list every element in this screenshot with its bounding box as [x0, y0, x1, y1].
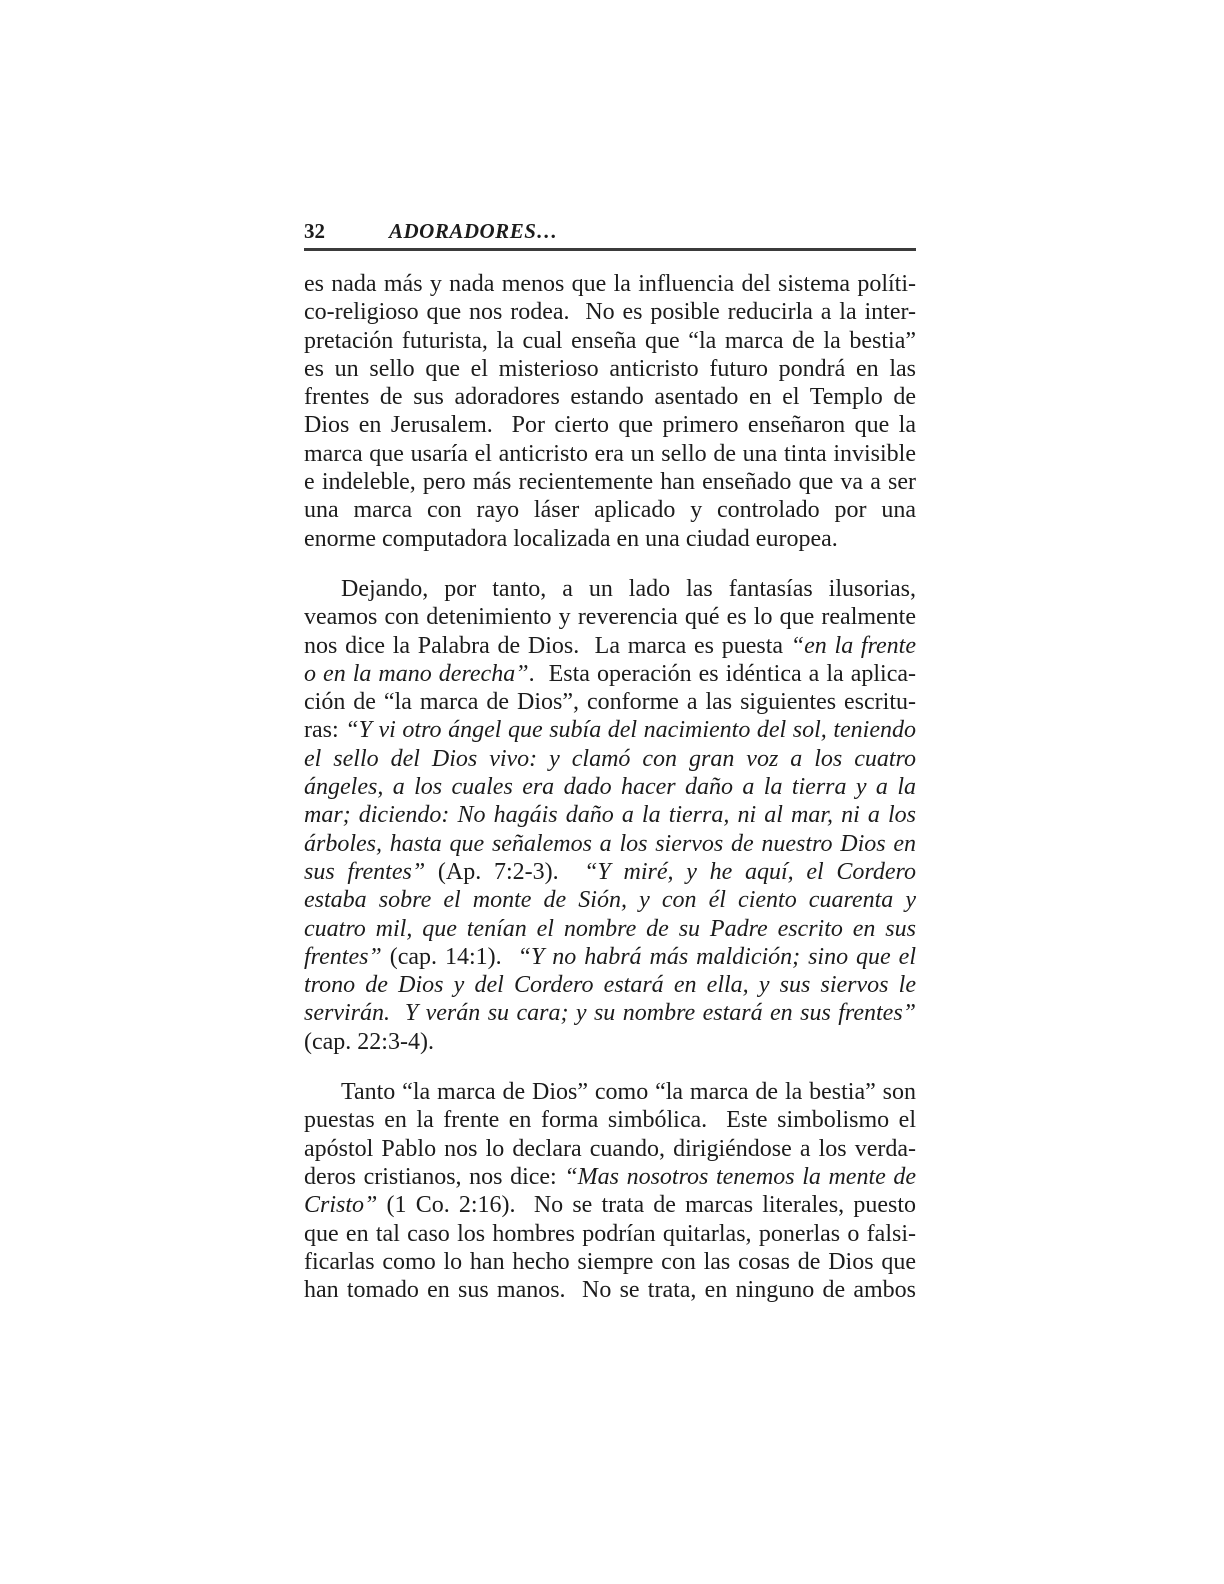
scripture-quote-text: “Mas nosotros tenemos la mente de — [564, 1164, 916, 1190]
text-line: deros cristianos, nos dice: “Mas nosotro… — [304, 1163, 916, 1191]
text-line: e indeleble, pero más recientemente han … — [304, 468, 916, 496]
text-line: o en la mano derecha”. Esta operación es… — [304, 660, 916, 688]
body-text: que en tal caso los hombres podrían quit… — [304, 1221, 916, 1247]
body-text: ficarlas como lo han hecho siempre con l… — [304, 1249, 916, 1275]
scripture-quote-text: frentes” — [304, 944, 382, 970]
body-text: (cap. 14:1). — [382, 944, 518, 970]
body-text: veamos con detenimiento y reverencia qué… — [304, 604, 916, 630]
text-line: puestas en la frente en forma simbólica.… — [304, 1106, 916, 1134]
body-text: es un sello que el misterioso anticristo… — [304, 356, 916, 382]
scripture-quote-text: “Y vi otro ángel que subía del nacimient… — [345, 717, 916, 743]
scripture-quote-text: estaba sobre el monte de Sión, y con él … — [304, 887, 916, 913]
paragraph: Tanto “la marca de Dios” como “la marca … — [304, 1078, 916, 1304]
text-line: pretación futurista, la cual enseña que … — [304, 327, 916, 355]
body-text: ras: — [304, 717, 345, 743]
running-title: ADORADORES… — [389, 218, 558, 244]
scripture-quote-text: árboles, hasta que señalemos a los sierv… — [304, 831, 916, 857]
body-text: Dejando, por tanto, a un lado las fantas… — [341, 576, 916, 602]
paragraph: es nada más y nada menos que la influenc… — [304, 270, 916, 553]
scripture-quote-text: el sello del Dios vivo: y clamó con gran… — [304, 746, 916, 772]
text-line: el sello del Dios vivo: y clamó con gran… — [304, 745, 916, 773]
paragraph: Dejando, por tanto, a un lado las fantas… — [304, 575, 916, 1056]
body-text: frentes de sus adoradores estando asenta… — [304, 384, 916, 410]
text-line: ficarlas como lo han hecho siempre con l… — [304, 1248, 916, 1276]
body-text: e indeleble, pero más recientemente han … — [304, 469, 916, 495]
text-line: enorme computadora localizada en una ciu… — [304, 525, 916, 553]
scripture-quote-text: mar; diciendo: No hagáis daño a la tierr… — [304, 802, 916, 828]
body-text: nos dice la Palabra de Dios. La marca es… — [304, 633, 791, 659]
running-header: 32 ADORADORES… — [304, 218, 916, 244]
text-line: (cap. 22:3-4). — [304, 1028, 916, 1056]
scripture-quote-text: Cristo” — [304, 1192, 377, 1218]
scripture-quote-text: cuatro mil, que tenían el nombre de su P… — [304, 916, 916, 942]
body-text: una marca con rayo láser aplicado y cont… — [304, 497, 916, 523]
text-line: árboles, hasta que señalemos a los sierv… — [304, 830, 916, 858]
scripture-quote-text: “Y miré, y he aquí, el Cordero — [584, 859, 916, 885]
text-line: frentes” (cap. 14:1). “Y no habrá más ma… — [304, 943, 916, 971]
text-line: mar; diciendo: No hagáis daño a la tierr… — [304, 801, 916, 829]
body-text: co-religioso que nos rodea. No es posibl… — [304, 299, 916, 325]
text-line: Cristo” (1 Co. 2:16). No se trata de mar… — [304, 1191, 916, 1219]
text-line: ción de “la marca de Dios”, conforme a l… — [304, 688, 916, 716]
scripture-quote-text: “Y no habrá más maldición; sino que el — [518, 944, 916, 970]
text-line: ras: “Y vi otro ángel que subía del naci… — [304, 716, 916, 744]
text-block: es nada más y nada menos que la influenc… — [304, 270, 916, 1304]
text-line: frentes de sus adoradores estando asenta… — [304, 383, 916, 411]
body-text: Tanto “la marca de Dios” como “la marca … — [341, 1079, 916, 1105]
page-content: 32 ADORADORES… es nada más y nada menos … — [304, 218, 916, 1304]
text-line: Dejando, por tanto, a un lado las fantas… — [304, 575, 916, 603]
body-text: marca que usaría el anticristo era un se… — [304, 441, 916, 467]
text-line: servirán. Y verán su cara; y su nombre e… — [304, 999, 916, 1027]
body-text: (Ap. 7:2-3). — [425, 859, 584, 885]
text-line: ángeles, a los cuales era dado hacer dañ… — [304, 773, 916, 801]
text-line: veamos con detenimiento y reverencia qué… — [304, 603, 916, 631]
text-line: nos dice la Palabra de Dios. La marca es… — [304, 632, 916, 660]
body-text: ción de “la marca de Dios”, conforme a l… — [304, 689, 916, 715]
body-text: (cap. 22:3-4). — [304, 1029, 434, 1055]
scripture-quote-text: sus frentes” — [304, 859, 425, 885]
text-line: es nada más y nada menos que la influenc… — [304, 270, 916, 298]
text-line: sus frentes” (Ap. 7:2-3). “Y miré, y he … — [304, 858, 916, 886]
header-rule — [304, 248, 916, 251]
body-text: puestas en la frente en forma simbólica.… — [304, 1107, 916, 1133]
body-text: apóstol Pablo nos lo declara cuando, dir… — [304, 1136, 916, 1162]
body-text: Dios en Jerusalem. Por cierto que primer… — [304, 412, 916, 438]
scripture-quote-text: trono de Dios y del Cordero estará en el… — [304, 972, 916, 998]
body-text: es nada más y nada menos que la influenc… — [304, 271, 916, 297]
text-line: una marca con rayo láser aplicado y cont… — [304, 496, 916, 524]
scripture-quote-text: ángeles, a los cuales era dado hacer dañ… — [304, 774, 916, 800]
text-line: apóstol Pablo nos lo declara cuando, dir… — [304, 1135, 916, 1163]
text-line: Dios en Jerusalem. Por cierto que primer… — [304, 411, 916, 439]
text-line: estaba sobre el monte de Sión, y con él … — [304, 886, 916, 914]
text-line: co-religioso que nos rodea. No es posibl… — [304, 298, 916, 326]
body-text: . Esta operación es idéntica a la aplica… — [529, 661, 916, 687]
body-text: enorme computadora localizada en una ciu… — [304, 526, 838, 552]
scripture-quote-text: servirán. Y verán su cara; y su nombre e… — [304, 1000, 916, 1026]
text-line: Tanto “la marca de Dios” como “la marca … — [304, 1078, 916, 1106]
body-text: pretación futurista, la cual enseña que … — [304, 328, 916, 354]
text-line: es un sello que el misterioso anticristo… — [304, 355, 916, 383]
body-text: deros cristianos, nos dice: — [304, 1164, 564, 1190]
scripture-quote-text: “en la frente — [791, 633, 916, 659]
text-line: han tomado en sus manos. No se trata, en… — [304, 1276, 916, 1304]
text-line: marca que usaría el anticristo era un se… — [304, 440, 916, 468]
text-line: trono de Dios y del Cordero estará en el… — [304, 971, 916, 999]
book-page: 32 ADORADORES… es nada más y nada menos … — [0, 0, 1224, 1584]
text-line: que en tal caso los hombres podrían quit… — [304, 1220, 916, 1248]
scripture-quote-text: o en la mano derecha” — [304, 661, 529, 687]
body-text: han tomado en sus manos. No se trata, en… — [304, 1277, 916, 1303]
page-number: 32 — [304, 218, 325, 244]
body-text: (1 Co. 2:16). No se trata de marcas lite… — [377, 1192, 916, 1218]
text-line: cuatro mil, que tenían el nombre de su P… — [304, 915, 916, 943]
